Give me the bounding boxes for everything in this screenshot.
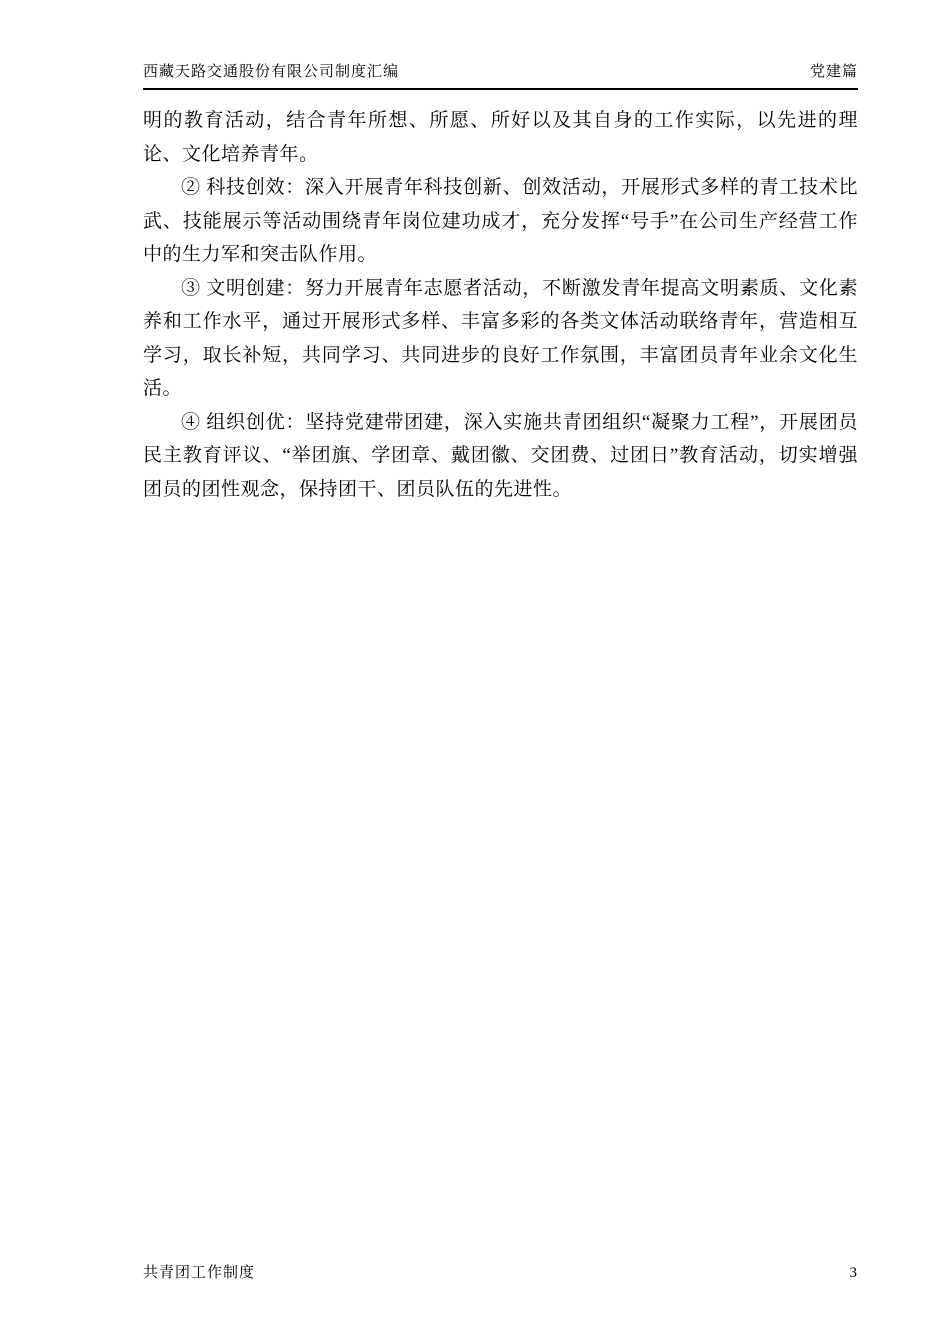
document-page: 西藏天路交通股份有限公司制度汇编 党建篇 明的教育活动，结合青年所想、所愿、所好… — [0, 0, 950, 1344]
footer-document-title: 共青团工作制度 — [143, 1261, 255, 1282]
page-header: 西藏天路交通股份有限公司制度汇编 党建篇 — [143, 60, 858, 90]
footer-page-number: 3 — [850, 1265, 859, 1282]
document-body: 明的教育活动，结合青年所想、所愿、所好以及其自身的工作实际，以先进的理论、文化培… — [143, 104, 858, 506]
body-paragraph: 明的教育活动，结合青年所想、所愿、所好以及其自身的工作实际，以先进的理论、文化培… — [143, 104, 858, 171]
header-right-section: 党建篇 — [810, 60, 858, 81]
body-paragraph: ② 科技创效：深入开展青年科技创新、创效活动，开展形式多样的青工技术比武、技能展… — [143, 171, 858, 272]
header-left-title: 西藏天路交通股份有限公司制度汇编 — [143, 60, 399, 81]
page-footer: 共青团工作制度 3 — [143, 1261, 858, 1282]
body-paragraph: ④ 组织创优：坚持党建带团建，深入实施共青团组织“凝聚力工程”，开展团员民主教育… — [143, 406, 858, 507]
body-paragraph: ③ 文明创建：努力开展青年志愿者活动，不断激发青年提高文明素质、文化素养和工作水… — [143, 272, 858, 406]
